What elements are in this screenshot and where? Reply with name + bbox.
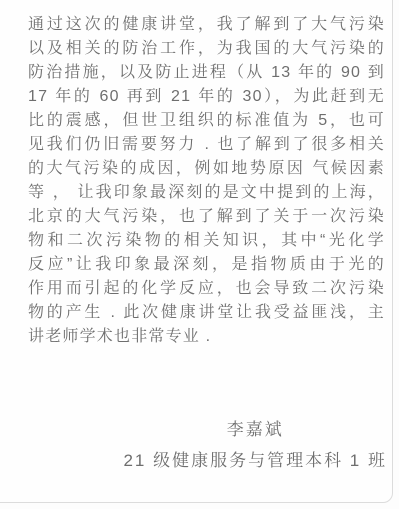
signature-name: 李嘉斌 bbox=[123, 418, 387, 442]
essay-line: 反应”让我印象最深刻，是指物质由于光的 bbox=[28, 253, 385, 277]
essay-line: 物和二次污染物的相关知识，其中“光化学 bbox=[28, 229, 385, 253]
essay-line: 物的产生 . 此次健康讲堂让我受益匪浅，主 bbox=[28, 301, 385, 325]
essay-line: 的大气污染的成因，例如地势原因 气候因素 bbox=[28, 157, 385, 181]
essay-line: 北京的大气污染，也了解到了关于一次污染 bbox=[28, 205, 385, 229]
essay-line: 17 年的 60 再到 21 年的 30），为此赶到无 bbox=[28, 85, 385, 109]
signature-block: 李嘉斌 21 级健康服务与管理本科 1 班 bbox=[123, 418, 387, 473]
essay-line: 见我们仍旧需要努力 . 也了解到了很多相关 bbox=[28, 133, 385, 157]
essay-line: 以及相关的防治工作，为我国的大气污染的 bbox=[28, 37, 385, 61]
screenshot-root: 通过这次的健康讲堂，我了解到了大气污染 以及相关的防治工作，为我国的大气污染的 … bbox=[0, 0, 399, 509]
essay-line: 等 ， 让我印象最深刻的是文中提到的上海， bbox=[28, 181, 385, 205]
essay-line: 作用而引起的化学反应，也会导致二次污染 bbox=[28, 277, 385, 301]
essay-line: 比的震感，但世卫组织的标准值为 5，也可 bbox=[28, 109, 385, 133]
essay-line: 防治措施，以及防止进程（从 13 年的 90 到 bbox=[28, 61, 385, 85]
signature-class: 21 级健康服务与管理本科 1 班 bbox=[123, 449, 387, 473]
essay-line: 通过这次的健康讲堂，我了解到了大气污染 bbox=[28, 13, 385, 37]
essay-text: 通过这次的健康讲堂，我了解到了大气污染 以及相关的防治工作，为我国的大气污染的 … bbox=[28, 13, 385, 349]
essay-line: 讲老师学术也非常专业 . bbox=[28, 325, 385, 349]
